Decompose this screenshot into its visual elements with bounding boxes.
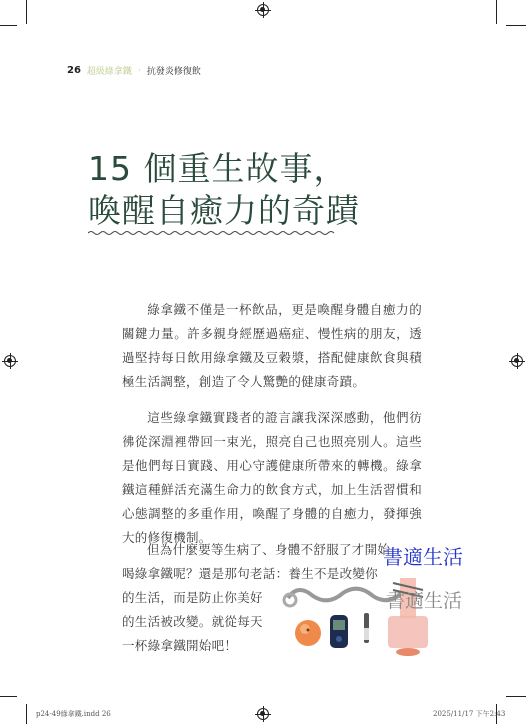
registration-mark-icon xyxy=(257,4,269,16)
registration-mark-icon xyxy=(511,355,523,367)
wavy-underline xyxy=(88,229,338,237)
running-head: 26 超級綠拿鐵 · 抗發炎修復飲 xyxy=(67,64,201,77)
closing-line: 但為什麼要等生病了、身體不舒服了才開始 xyxy=(122,538,422,562)
apple-icon xyxy=(295,620,321,646)
crop-mark-tr-h xyxy=(506,25,526,26)
chapter-title: 抗發炎修復飲 xyxy=(147,64,201,77)
series-title: 超級綠拿鐵 xyxy=(87,64,132,77)
title-line-2: 喚醒自癒力的奇蹟 xyxy=(88,190,360,232)
page-title: 15 個重生故事， 喚醒自癒力的奇蹟 xyxy=(88,148,360,232)
closing-line: 的生活被改變。就從每天 xyxy=(122,610,282,634)
crop-mark-br-h xyxy=(506,696,526,697)
paragraph-3-bottom: 的生活，而是防止你美好 的生活被改變。就從每天 一杯綠拿鐵開始吧！ xyxy=(122,586,282,658)
watermark-gray: 書適生活 xyxy=(386,586,462,613)
crop-mark-tl-h xyxy=(0,25,17,26)
registration-mark-icon xyxy=(257,708,269,720)
page-number: 26 xyxy=(67,65,81,76)
slug-filename: p24-49綠拿鐵.indd 26 xyxy=(36,709,111,719)
title-line-1: 15 個重生故事， xyxy=(88,148,360,190)
closing-line: 的生活，而是防止你美好 xyxy=(122,586,282,610)
glucose-meter-icon xyxy=(330,615,348,648)
registration-mark-icon xyxy=(4,355,16,367)
paragraph-2: 這些綠拿鐵實踐者的證言讓我深深感動，他們彷彿從深淵裡帶回一束光，照亮自己也照亮別… xyxy=(122,406,422,550)
crop-mark-bl-h xyxy=(0,696,17,697)
crop-mark-tr-v xyxy=(496,0,497,24)
crop-mark-bl-v xyxy=(26,704,27,724)
test-strip-icon xyxy=(364,613,369,643)
paragraph-1: 綠拿鐵不僅是一杯飲品，更是喚醒身體自癒力的關鍵力量。許多親身經歷過癌症、慢性病的… xyxy=(122,298,422,394)
closing-line: 一杯綠拿鐵開始吧！ xyxy=(122,634,282,658)
watermark-blue: 書適生活 xyxy=(383,541,463,570)
separator: · xyxy=(138,66,141,76)
crop-mark-tl-v xyxy=(26,0,27,24)
slug-timestamp: 2025/11/17 下午2:43 xyxy=(433,709,505,719)
